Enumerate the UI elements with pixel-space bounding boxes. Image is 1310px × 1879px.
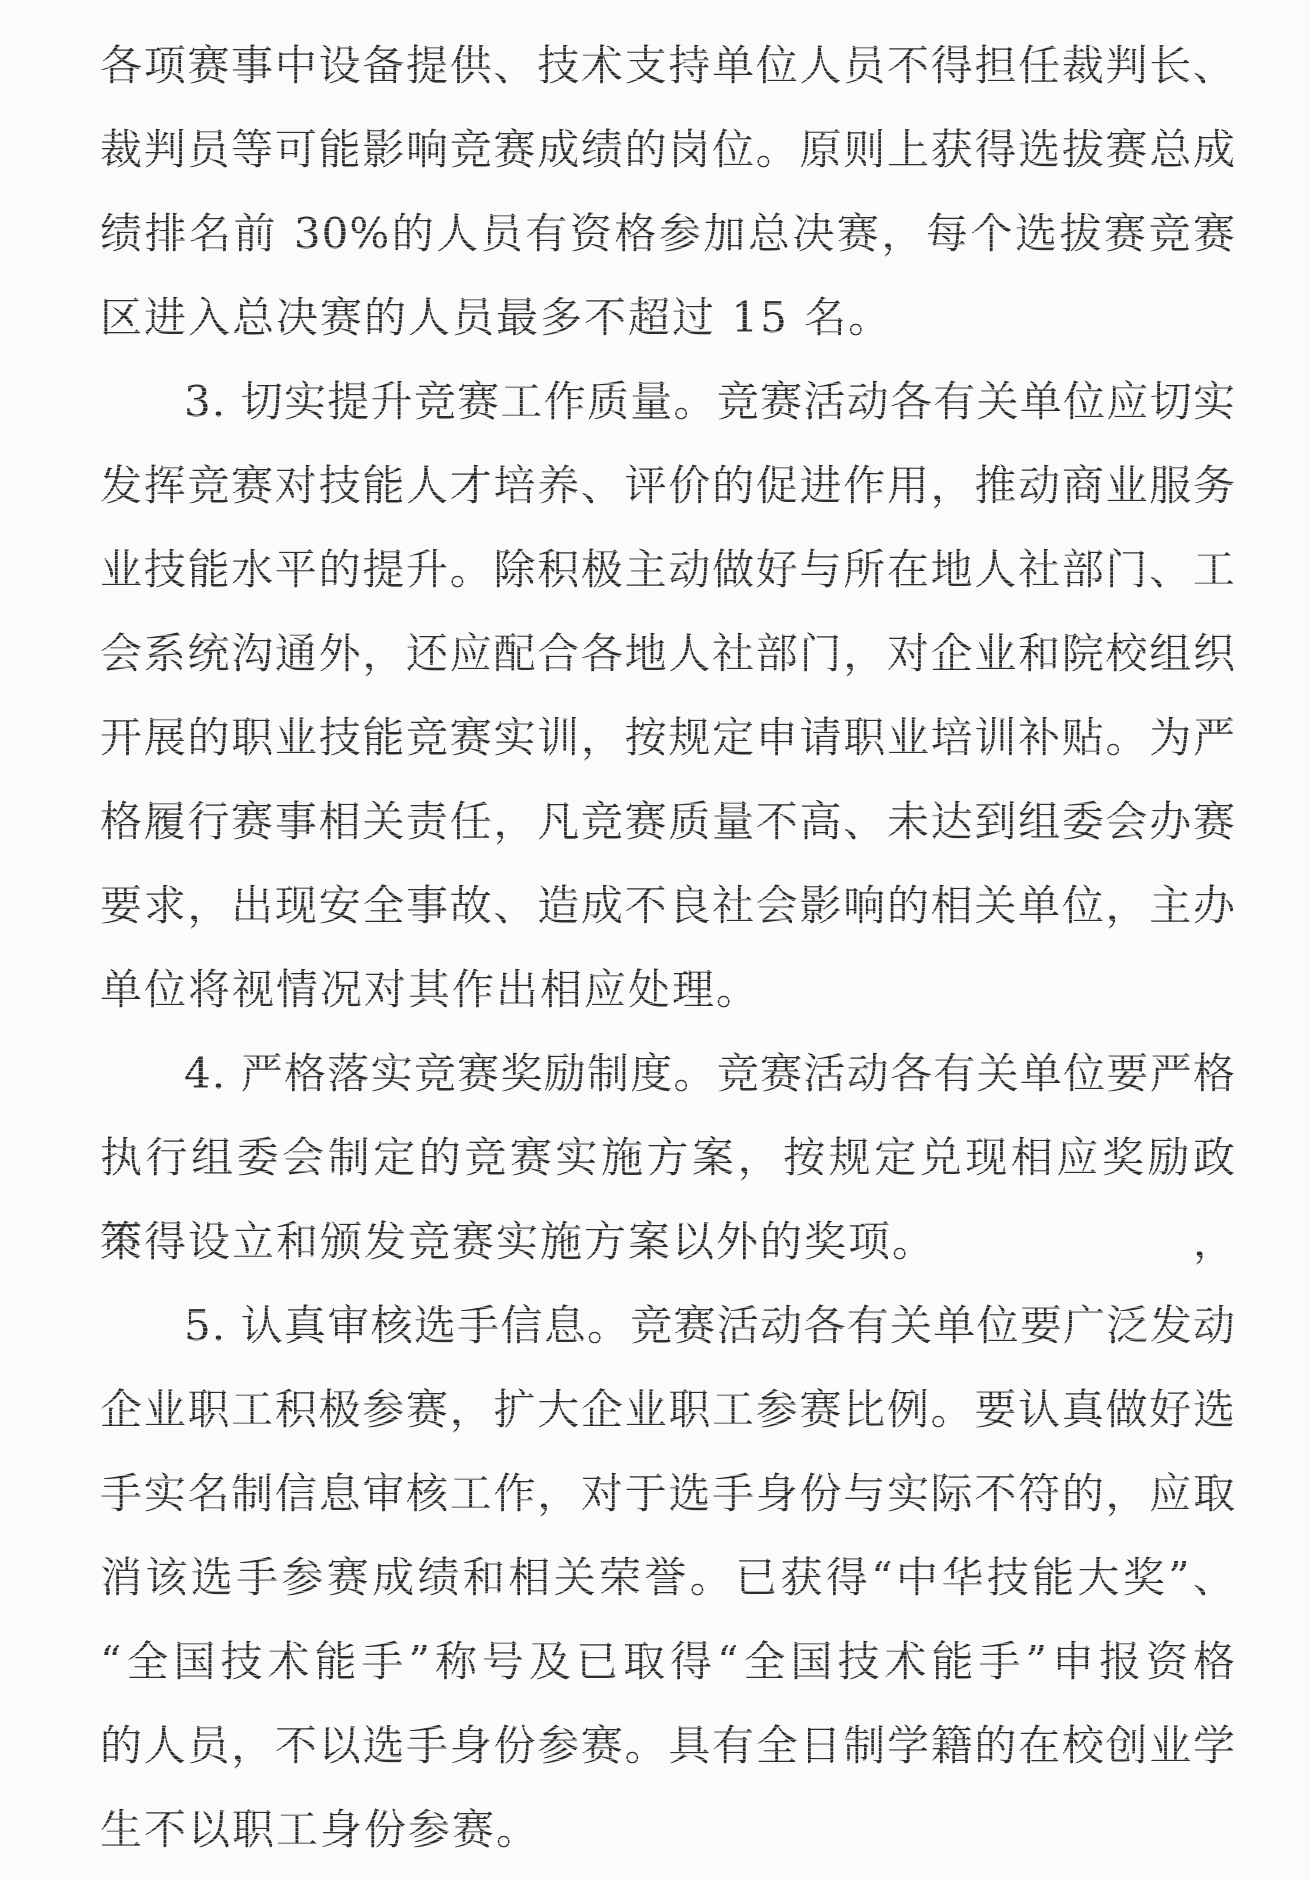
- text-line: “全国技术能手”称号及已取得“全国技术能手”申报资格: [100, 1620, 1236, 1704]
- text-line: 3. 切实提升竞赛工作质量。竞赛活动各有关单位应切实: [100, 360, 1236, 444]
- document-page: 各项赛事中设备提供、技术支持单位人员不得担任裁判长、 裁判员等可能影响竞赛成绩的…: [0, 0, 1310, 1879]
- text-line: 单位将视情况对其作出相应处理。: [100, 948, 1236, 1032]
- text-line: 业技能水平的提升。除积极主动做好与所在地人社部门、工: [100, 528, 1236, 612]
- text-line: 消该选手参赛成绩和相关荣誉。已获得“中华技能大奖”、: [100, 1536, 1236, 1620]
- text-line: 发挥竞赛对技能人才培养、评价的促进作用，推动商业服务: [100, 444, 1236, 528]
- document-text-block: 各项赛事中设备提供、技术支持单位人员不得担任裁判长、 裁判员等可能影响竞赛成绩的…: [100, 24, 1236, 1872]
- text-line: 区进入总决赛的人员最多不超过 15 名。: [100, 276, 1236, 360]
- text-line: 执行组委会制定的竞赛实施方案，按规定兑现相应奖励政策，: [100, 1116, 1236, 1200]
- text-line: 的人员，不以选手身份参赛。具有全日制学籍的在校创业学: [100, 1704, 1236, 1788]
- text-line: 企业职工积极参赛，扩大企业职工参赛比例。要认真做好选: [100, 1368, 1236, 1452]
- text-line: 绩排名前 30%的人员有资格参加总决赛，每个选拔赛竞赛: [100, 192, 1236, 276]
- text-line: 会系统沟通外，还应配合各地人社部门，对企业和院校组织: [100, 612, 1236, 696]
- text-line: 格履行赛事相关责任，凡竞赛质量不高、未达到组委会办赛: [100, 780, 1236, 864]
- text-line: 各项赛事中设备提供、技术支持单位人员不得担任裁判长、: [100, 24, 1236, 108]
- text-line: 4. 严格落实竞赛奖励制度。竞赛活动各有关单位要严格: [100, 1032, 1236, 1116]
- text-line: 手实名制信息审核工作，对于选手身份与实际不符的，应取: [100, 1452, 1236, 1536]
- text-line: 生不以职工身份参赛。: [100, 1788, 1236, 1872]
- text-line: 开展的职业技能竞赛实训，按规定申请职业培训补贴。为严: [100, 696, 1236, 780]
- text-line: 裁判员等可能影响竞赛成绩的岗位。原则上获得选拔赛总成: [100, 108, 1236, 192]
- text-line: 5. 认真审核选手信息。竞赛活动各有关单位要广泛发动: [100, 1284, 1236, 1368]
- text-line: 要求，出现安全事故、造成不良社会影响的相关单位，主办: [100, 864, 1236, 948]
